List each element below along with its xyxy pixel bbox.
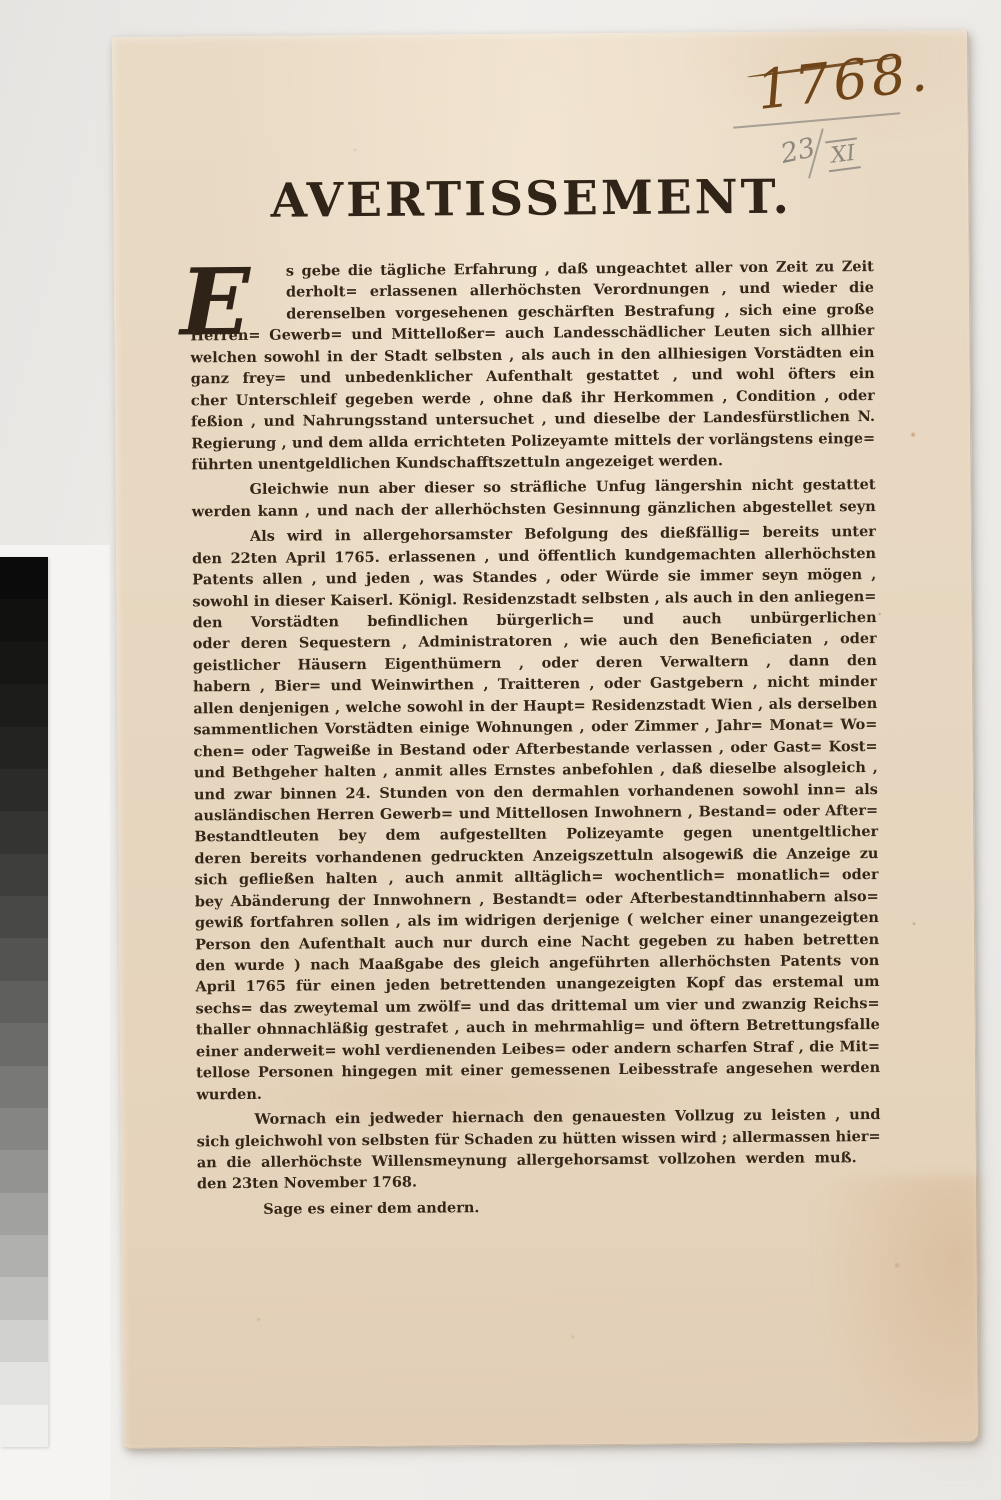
grayscale-step [0,1193,48,1235]
grayscale-step [0,1235,48,1277]
grayscale-step [0,1150,48,1192]
document-title: AVERTISSEMENT. [189,169,873,229]
grayscale-calibration-strip [0,557,48,1447]
handwritten-month-pencil: XI [825,137,861,172]
grayscale-step [0,1320,48,1362]
paragraph: Sage es einer dem andern. [197,1194,881,1221]
grayscale-step [0,642,48,684]
grayscale-step [0,1405,48,1447]
grayscale-step [0,1362,48,1404]
paragraph: Gleichwie nun aber dieser so sträfliche … [191,474,875,522]
text-line: Sage es einer dem andern. [197,1194,881,1221]
grayscale-step [0,1277,48,1319]
grayscale-step [0,811,48,853]
foxing-spot [353,148,357,152]
handwritten-year-ink: 1768. [753,40,934,122]
paragraph: Als wird in allergehorsamster Befolgung … [192,521,881,1105]
body-text-block: s gebe die tägliche Erfahrung , daß unge… [190,256,882,1221]
grayscale-step [0,684,48,726]
photo-background: { "photo": { "background_color": "#edebe… [0,0,1001,1500]
text-line: werden kann , und nach der allerhöchsten… [192,496,876,523]
paragraph: s gebe die tägliche Erfahrung , daß unge… [190,256,876,476]
grayscale-step [0,938,48,980]
grayscale-step [0,557,48,599]
foxing-spot [910,432,916,438]
foxing-spot [912,922,916,926]
foxing-spot [894,1262,901,1269]
grayscale-step [0,599,48,641]
foxing-spot [256,1317,261,1322]
grayscale-step [0,1108,48,1150]
paragraph: Wornach ein jedweder hiernach den genaue… [196,1104,881,1195]
grayscale-step [0,981,48,1023]
grayscale-step [0,727,48,769]
text-line: führten unentgeldlichen Kundschafftszett… [191,449,875,476]
water-stain [801,1175,984,1500]
foxing-spot [570,1334,575,1339]
grayscale-step [0,769,48,811]
foxing-spot [878,612,882,616]
grayscale-step [0,1066,48,1108]
text-line: den 23ten November 1768. [197,1168,881,1195]
grayscale-step [0,896,48,938]
grayscale-step [0,1023,48,1065]
grayscale-step [0,854,48,896]
document-paper: 1768. 23 XI AVERTISSEMENT. E s gebe die … [112,30,979,1449]
